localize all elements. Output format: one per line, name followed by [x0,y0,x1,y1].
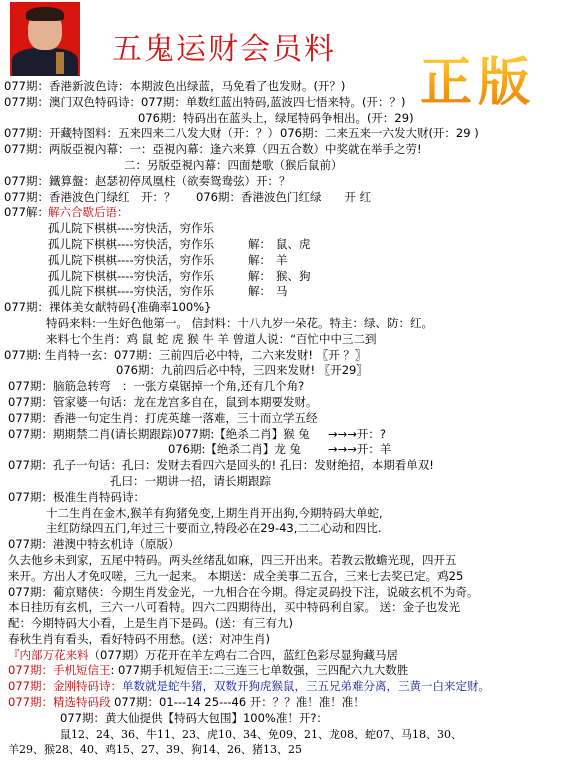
text-line: 077期：精选特码段 077期：01---14 25---46 开：？？准！准！… [0,695,567,711]
portrait-hair [26,7,64,21]
open-tibet-chart-076: 076期：二来五来一六发大财(开：29 ) [280,126,479,142]
text-line: 077期：香港新波色诗：本期波色出绿蓝，马免看了也发财。(开？) [0,79,567,95]
zodiac-number-list-1: 鼠12、24、36、牛11、23、虎10、34、免09、21、龙08、蛇07、马… [60,727,462,743]
confucius-saying-2: 孔曰：一期讲一招，请长期跟踪 [110,474,271,490]
text-line: 配：今期特码大小看，上是生肖下是码。(送：有三有九) [0,616,567,632]
macau-color-poem: 077期：澳门双色特码诗：077期：单数红蓝出特码,蓝波四七悟来特。(开：？) [4,95,406,111]
open-tibet-chart: 077期：开藏特图料：五来四来二八发大财（开：？） [4,126,279,142]
selected-segment-text: 077期：01---14 25---46 开：？？准！准！准！ [110,695,364,709]
page-title: 五鬼运财会员料 [112,24,336,68]
text-line: 孔曰：一期讲一招，请长期跟踪 [0,474,567,490]
hk-color-door-076: 076期：香港波色门红绿 开 红 [196,190,371,206]
text-line: 077解： 解六合歇后语： [0,205,567,221]
text-line: 077期：金刚特码诗：单数就是蛇牛猪，双数开狗虎猴鼠，三五兄弟难分离，三黄一白来… [0,679,567,695]
riddle-heading: 解六合歇后语： [48,205,129,221]
text-line: 来料七个生肖：鸡 鼠 蛇 虎 猴 牛 羊 曾道人说：“百忙中中三二到 [0,332,567,348]
hk-color-door: 077期：香港波色门绿红 开：？ [4,190,175,206]
riddle-text: 孤儿院下棋棋----穷快活，穷作乐 [48,221,214,237]
text-line: 『内部万花来料（077期）万花开在羊左鸡右二合四，蓝红色彩尽显狗藏马居 [0,648,567,664]
riddle-answer-label: 解： [248,269,271,285]
text-line: 077期：开藏特图料：五来四来二八发大财（开：？） 076期：二来五来一六发大财… [0,126,567,142]
lisboa-gambler: 077期：葡京赌侠：今期生肖发金光，一九相合在今期。得定灵码投下注，说破玄机不为… [8,585,478,601]
text-line: 十二生肖在金木,猴羊有狗猪免变,上期生肖开出狗,今期特码大单蛇, [0,506,567,522]
text-line: 077期：澳门双色特码诗：077期：单数红蓝出特码,蓝波四七悟来特。(开：？) [0,95,567,111]
flower-source-text: （077期）万花开在羊左鸡右二合四，蓝红色彩尽显狗藏马居 [89,648,398,662]
riddle-row: 孤儿院下棋棋----穷快活，穷作乐 解： 猴、狗 [0,269,567,285]
wong-tai-sin-heading: 077期：黄大仙提供【特码大包围】100%准！开?： [60,711,328,727]
text-line: 来开。方出人才免叹嗟，三九一起来。 本期送：成全美事二五合，三来七去奖已定。鸡2… [0,569,567,585]
text-line: 077期：脑筋急转弯 ：一张方桌锯掉一个角,还有几个角? [0,379,567,395]
atv-inside-one: 077期：两版亞視內幕：一：亞視內幕：逢六来算（四五合数）中奖就在举手之劳! [4,142,422,158]
text-line: 077期：极准生肖特码诗： [0,490,567,506]
text-line: 077期：裸体美女献特码{准确率100%} [0,300,567,316]
portrait-suit [12,48,78,76]
selected-segment-label: 077期：精选特码段 [8,695,110,709]
text-line: 二：另版亞視內幕：四面楚歌（猴后鼠前） [0,158,567,174]
text-line: 077期：黄大仙提供【特码大包围】100%准！开?： [0,711,567,727]
riddle-text: 孤儿院下棋棋----穷快活，穷作乐 [48,269,214,285]
nude-beauty-code: 077期：裸体美女献特码{准确率100%} [4,300,211,316]
text-line: 077期: 生肖特一玄：077期：三前四后必中特，二六来发财! 〖开 ？〗 [0,348,567,364]
riddle-text: 孤儿院下棋棋----穷快活，穷作乐 [48,237,214,253]
forbidden-two-zodiacs-076: 076期:【绝杀二肖】龙 兔 [168,442,301,458]
hk-wave-poem: 077期：香港新波色诗：本期波色出绿蓝，马免看了也发财。(开？) [4,79,345,95]
text-line: 077期：鐵算盤：赵瑟初停凤凰柱（欲奏鸳鸯弦）开：？ [0,174,567,190]
riddle-answer-label: 解： [248,237,271,253]
portrait-photo [10,2,80,76]
zodiac-poem-heading: 077期：极准生肖特码诗： [8,490,145,506]
text-line: 077期：孔子一句话：孔曰：发财去看四六是回头的! 孔曰：发财绝招，本期看单双! [0,458,567,474]
lisboa-gambler-2: 本日挂历有玄机，三六一八可看特。四六二四期待出，买中特码利自家。 送：金子也发光 [8,600,460,616]
riddle-answer-label: 解： [248,253,271,269]
riddle-answer: 猴、狗 [276,269,311,285]
iron-abacus: 077期：鐵算盤：赵瑟初停凤凰柱（欲奏鸳鸯弦）开：？ [4,174,290,190]
forbidden-result-076: →→→开：羊 [328,442,391,458]
portrait-tie [56,52,64,74]
zodiac-mystery: 077期: 生肖特一玄：077期：三前四后必中特，二六来发财! 〖开 ？〗 [4,348,366,364]
forbidden-two-zodiacs: 077期：期期禁二肖(请长期跟踪)077期:【绝杀二肖】猴 兔 [8,427,310,443]
vajra-poem-label: 077期：金刚特码诗： [8,679,122,693]
text-line: 主红防绿四五门,年过三十要而立,特段必在29-43,二二心动和四比. [0,521,567,537]
riddle-row: 孤儿院下棋棋----穷快活，穷作乐 解： 马 [0,284,567,300]
riddle-row: 孤儿院下棋棋----穷快活，穷作乐 [0,221,567,237]
special-code-source: 特码来料:一生好色他第一。 信封料：十八九岁一朵花。特主：绿、防：红。 [46,316,433,332]
riddle-text: 孤儿院下棋棋----穷快活，穷作乐 [48,253,214,269]
hk-macau-poem-line-1: 久去他乡未到家，五尾中特码。两头丝绪乱如麻，四三开出来。若教云散蟾光现，四开五 [8,553,457,569]
riddle-answer: 马 [276,284,288,300]
zodiac-poem-line-1: 十二生肖在金木,猴羊有狗猪免变,上期生肖开出狗,今期特码大单蛇, [46,506,383,522]
text-line: 077期：香港波色门绿红 开：？ 076期：香港波色门红绿 开 红 [0,190,567,206]
text-line: 077期：香港一句定生肖：打虎英雄一落难，三十而立学五经 [0,411,567,427]
riddle-prefix: 077解： [4,205,49,221]
riddle-text: 孤儿院下棋棋----穷快活，穷作乐 [48,284,214,300]
zodiac-number-list-2: 羊29、猴28、40、鸡15、27、39、狗14、26、猪13、25 [8,742,302,758]
vajra-poem-text: 单数就是蛇牛猪，双数开狗虎猴鼠，三五兄弟难分离，三黄一白来定财。 [122,679,490,693]
riddle-answer: 羊 [276,253,288,269]
sms-king-text: : 077期手机短信王:二三连三七单数强，三四配六九大数胜 [110,663,408,677]
text-line: 076期：特码出在蓝头上，绿尾特码争相出。(开：29) [0,111,567,127]
hk-macau-poem-heading: 077期：港澳中特玄机诗（原版） [8,537,179,553]
content-body: 077期：香港新波色诗：本期波色出绿蓝，马免看了也发财。(开？) 077期：澳门… [0,79,567,758]
text-line: 特码来料:一生好色他第一。 信封料：十八九岁一朵花。特主：绿、防：红。 [0,316,567,332]
riddle-answer-label: 解： [248,284,271,300]
brain-teaser: 077期：脑筋急转弯 ：一张方桌锯掉一个角,还有几个角? [8,379,304,395]
lisboa-gambler-3: 配：今期特码大小看，上是生肖下是码。(送：有三有九) [8,616,293,632]
text-line: 077期：管家婆一句话：龙在龙宫多自在，鼠到本期要发财。 [0,395,567,411]
text-line: 077期：葡京赌侠：今期生肖发金光，一九相合在今期。得定灵码投下注，说破玄机不为… [0,585,567,601]
sms-king-label: 077期：手机短信王 [8,663,110,677]
text-line: 077期：两版亞視內幕：一：亞視內幕：逢六来算（四五合数）中奖就在举手之劳! [0,142,567,158]
riddle-row: 孤儿院下棋棋----穷快活，穷作乐 解： 鼠、虎 [0,237,567,253]
confucius-saying: 077期：孔子一句话：孔曰：发财去看四六是回头的! 孔曰：发财绝招，本期看单双! [8,458,434,474]
lisboa-gambler-4: 春秋生肖有看头，看好特码不用愁。(送：对冲生肖) [8,632,270,648]
text-line: 鼠12、24、36、牛11、23、虎10、34、免09、21、龙08、蛇07、马… [0,727,567,743]
text-line: 春秋生肖有看头，看好特码不用愁。(送：对冲生肖) [0,632,567,648]
zodiac-poem-line-2: 主红防绿四五门,年过三十要而立,特段必在29-43,二二心动和四比. [46,521,382,537]
flower-source-label: 『内部万花来料 [8,648,89,662]
macau-color-poem-076: 076期：特码出在蓝头上，绿尾特码争相出。(开：29) [138,111,414,127]
text-line: 本日挂历有玄机，三六一八可看特。四六二四期待出，买中特码利自家。 送：金子也发光 [0,600,567,616]
text-line: 077期：期期禁二肖(请长期跟踪)077期:【绝杀二肖】猴 兔 →→→开：? [0,427,567,443]
atv-inside-two: 二：另版亞視內幕：四面楚歌（猴后鼠前） [124,158,343,174]
text-line: 羊29、猴28、40、鸡15、27、39、狗14、26、猪13、25 [0,742,567,758]
zodiac-mystery-076: 076期：九前四后必中特，三四来发财! 〖开29〗 [116,363,368,379]
text-line: 久去他乡未到家，五尾中特码。两头丝绪乱如麻，四三开出来。若教云散蟾光现，四开五 [0,553,567,569]
text-line: 076期：九前四后必中特，三四来发财! 〖开29〗 [0,363,567,379]
forbidden-result: →→→开：? [328,427,386,443]
text-line: 077期：港澳中特玄机诗（原版） [0,537,567,553]
riddle-answer: 鼠、虎 [276,237,311,253]
hk-macau-poem-line-2: 来开。方出人才免叹嗟，三九一起来。 本期送：成全美事二五合，三来七去奖已定。鸡2… [8,569,463,585]
riddle-row: 孤儿院下棋棋----穷快活，穷作乐 解： 羊 [0,253,567,269]
seven-zodiacs: 来料七个生肖：鸡 鼠 蛇 虎 猴 牛 羊 曾道人说：“百忙中中三二到 [46,332,377,348]
text-line: 076期:【绝杀二肖】龙 兔 →→→开：羊 [0,442,567,458]
text-line: 077期：手机短信王: 077期手机短信王:二三连三七单数强，三四配六九大数胜 [0,663,567,679]
hk-one-sentence: 077期：香港一句定生肖：打虎英雄一落难，三十而立学五经 [8,411,317,427]
housekeeper-word: 077期：管家婆一句话：龙在龙宫多自在，鼠到本期要发财。 [8,395,317,411]
